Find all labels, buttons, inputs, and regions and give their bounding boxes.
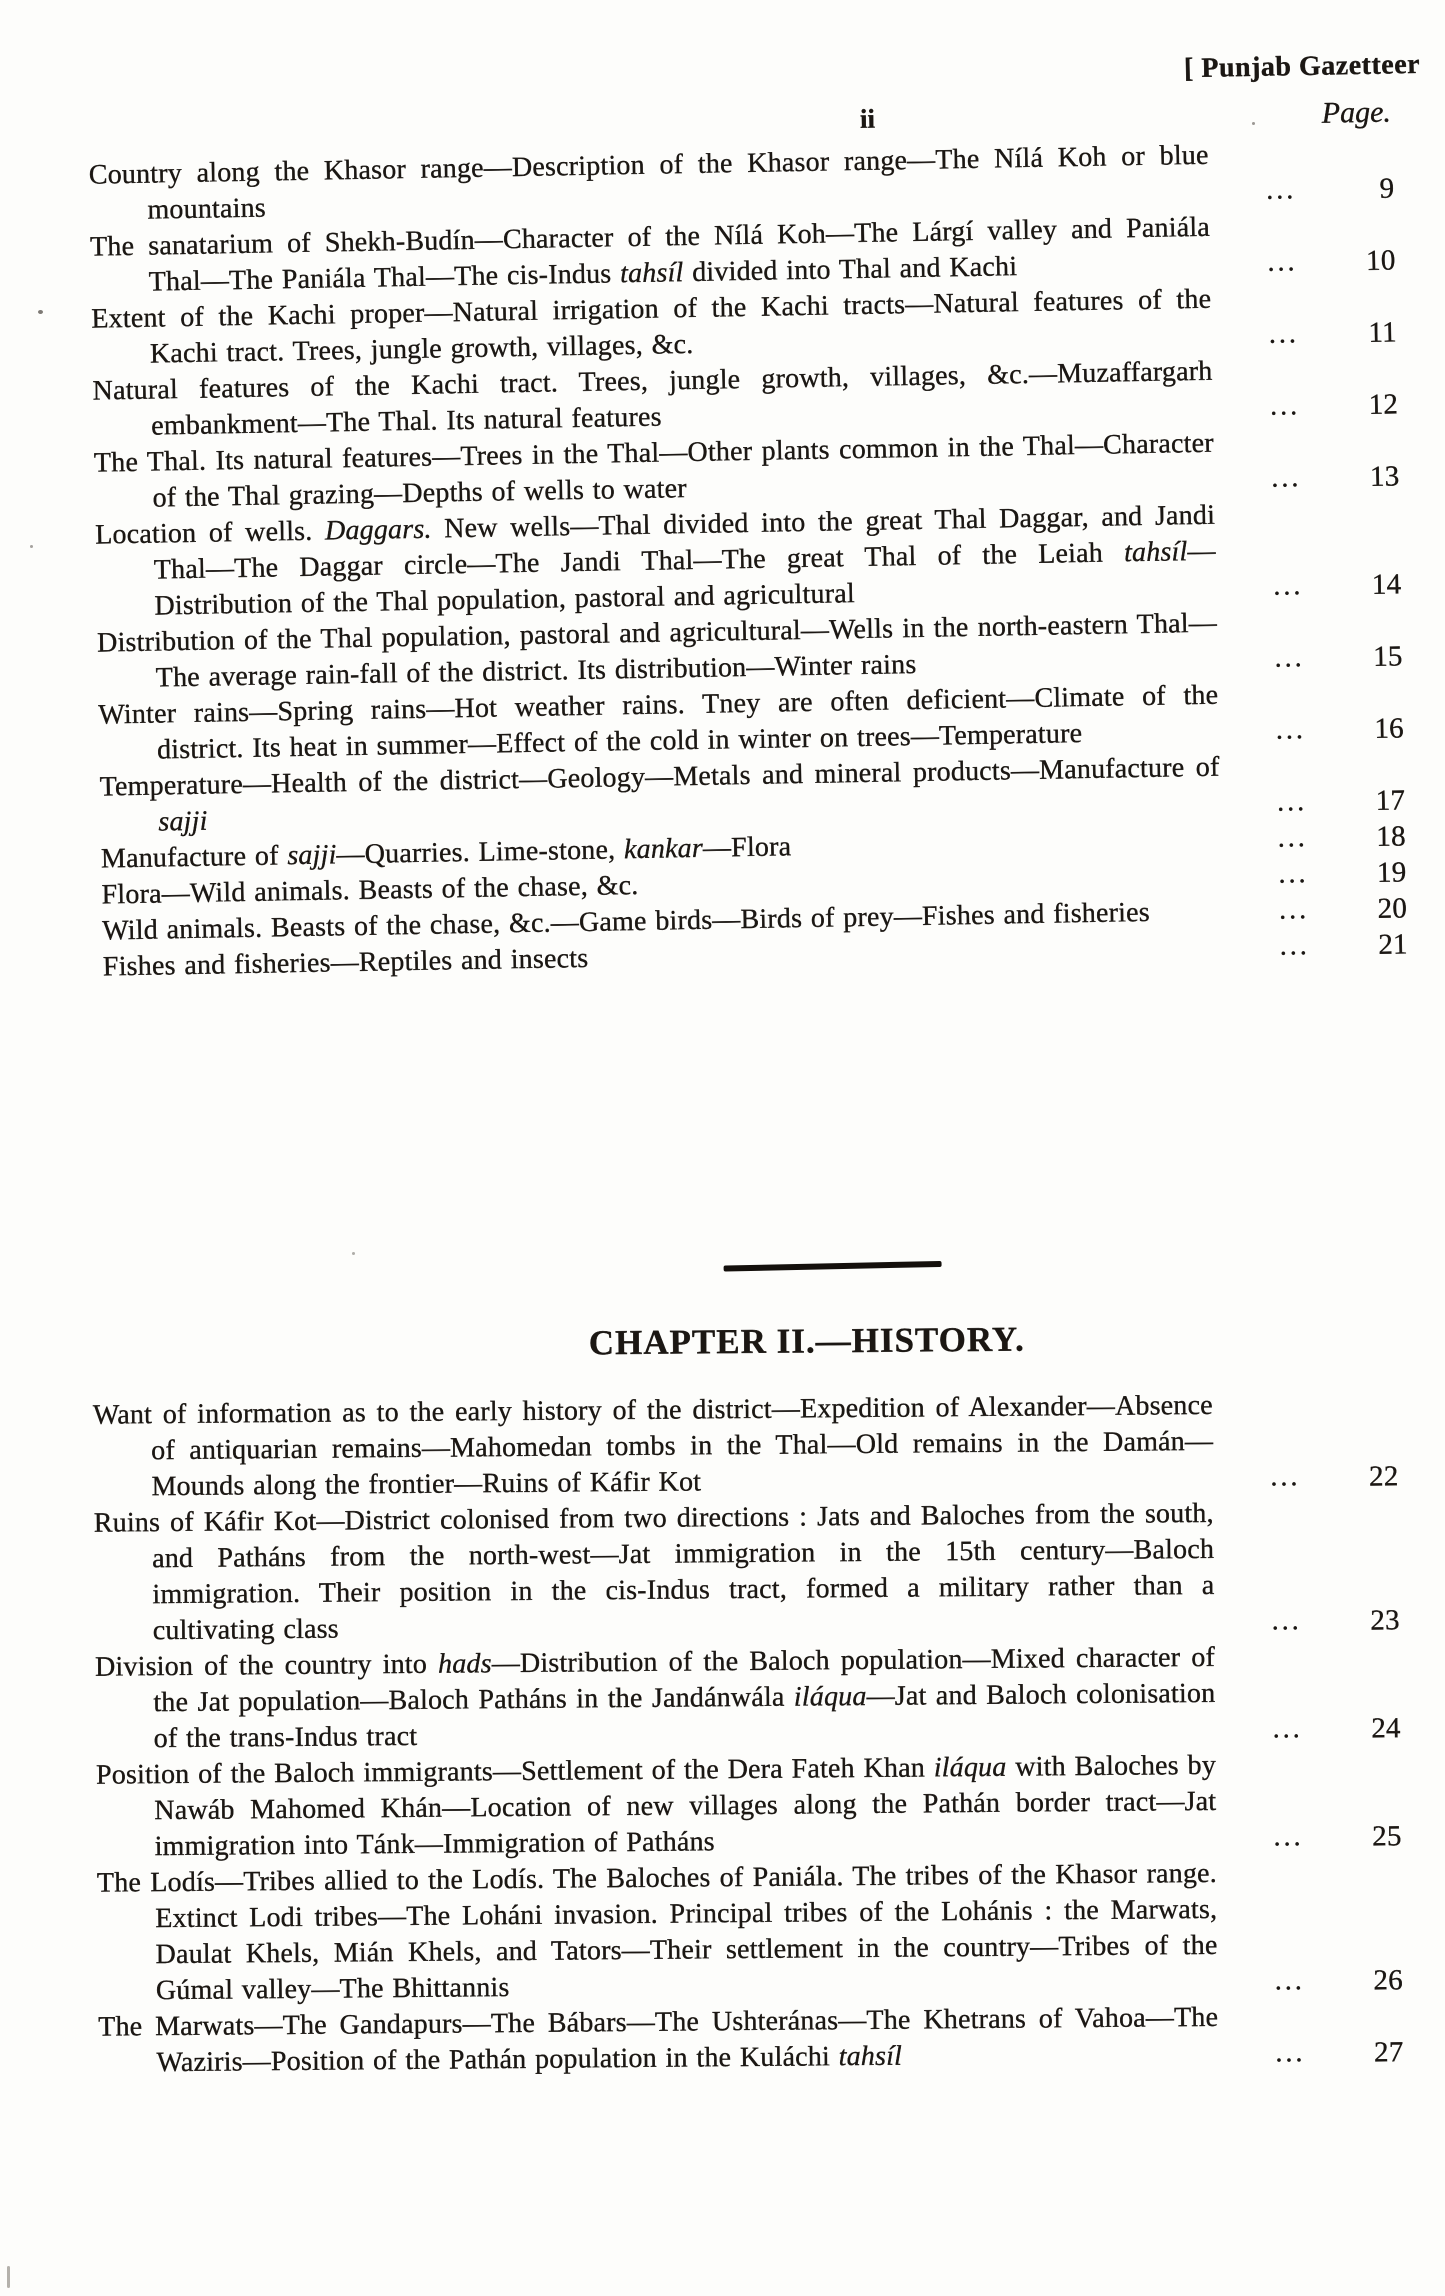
leader-dots: ... bbox=[1270, 388, 1301, 425]
chapter2-block: CHAPTER II.—HISTORY. Want of information… bbox=[91, 1232, 1403, 2081]
ink-speck bbox=[38, 310, 43, 314]
section-divider-rule bbox=[723, 1261, 941, 1272]
toc-part2: Want of information as to the early hist… bbox=[93, 1386, 1404, 2081]
toc-entry: The Marwats—The Gandapurs—The Bábars—The… bbox=[98, 1998, 1404, 2081]
toc-page-number: 9 bbox=[1324, 170, 1395, 207]
leader-dots: ... bbox=[1278, 856, 1309, 893]
toc-page-number: 23 bbox=[1330, 1602, 1400, 1639]
toc-entry-text: Location of wells. Daggars. New wells—Th… bbox=[95, 500, 1216, 622]
leader-dots: ... bbox=[1279, 892, 1310, 929]
leader-dots: ... bbox=[1267, 244, 1298, 281]
chapter-heading: CHAPTER II.—HISTORY. bbox=[154, 1314, 1445, 1369]
toc-page-number: 22 bbox=[1328, 1458, 1398, 1495]
toc-page-number: 11 bbox=[1326, 314, 1397, 351]
leader-dots: ... bbox=[1279, 928, 1310, 965]
toc-entry-text: Want of information as to the early hist… bbox=[93, 1390, 1214, 1502]
toc-page-number: 13 bbox=[1329, 458, 1400, 495]
toc-page-number: 10 bbox=[1325, 242, 1396, 279]
toc-entry: Division of the country into hads—Distri… bbox=[95, 1638, 1401, 1757]
leader-dots: ... bbox=[1270, 1459, 1300, 1495]
folio-page-number: ii bbox=[860, 104, 876, 135]
running-title: [ Punjab Gazetteer bbox=[87, 50, 1420, 104]
leader-dots: ... bbox=[1275, 1963, 1305, 1999]
toc-page-number: 20 bbox=[1337, 890, 1408, 927]
toc-entry-text: Position of the Baloch immigrants—Settle… bbox=[96, 1750, 1217, 1862]
leader-dots: ... bbox=[1275, 2035, 1305, 2071]
leader-dots: ... bbox=[1277, 784, 1308, 821]
toc-entry: The Lodís—Tribes allied to the Lodís. Th… bbox=[97, 1854, 1403, 2009]
toc-page-number: 19 bbox=[1336, 854, 1407, 891]
leader-dots: ... bbox=[1274, 640, 1305, 677]
leader-dots: ... bbox=[1273, 1819, 1303, 1855]
toc-page-number: 18 bbox=[1335, 818, 1406, 855]
toc-entry: Want of information as to the early hist… bbox=[93, 1386, 1399, 1505]
toc-page-number: 25 bbox=[1331, 1818, 1401, 1855]
toc-part1: Country along the Khasor range—Descripti… bbox=[88, 134, 1408, 985]
toc-entry-text: Fishes and fisheries—Reptiles and insect… bbox=[103, 943, 589, 983]
leader-dots: ... bbox=[1272, 1711, 1302, 1747]
toc-page-number: 15 bbox=[1332, 638, 1403, 675]
toc-page-number: 24 bbox=[1330, 1710, 1400, 1747]
leader-dots: ... bbox=[1268, 316, 1299, 353]
ink-speck bbox=[30, 545, 33, 548]
scan-edge-mark bbox=[7, 2266, 10, 2288]
toc-page-number: 12 bbox=[1328, 386, 1399, 423]
toc-page-number: 21 bbox=[1337, 926, 1408, 963]
toc-page-number: 17 bbox=[1335, 782, 1406, 819]
leader-dots: ... bbox=[1266, 172, 1297, 209]
toc-entry-text: The Lodís—Tribes allied to the Lodís. Th… bbox=[97, 1858, 1218, 2006]
leader-dots: ... bbox=[1276, 712, 1307, 749]
ink-speck bbox=[352, 1252, 355, 1255]
leader-dots: ... bbox=[1272, 1603, 1302, 1639]
toc-entry-text: Division of the country into hads—Distri… bbox=[95, 1642, 1216, 1754]
toc-page-number: 27 bbox=[1333, 2034, 1403, 2071]
leader-dots: ... bbox=[1271, 460, 1302, 497]
toc-entry-text: The Marwats—The Gandapurs—The Bábars—The… bbox=[98, 2002, 1218, 2078]
toc-page-number: 16 bbox=[1334, 710, 1405, 747]
ink-speck bbox=[1252, 122, 1255, 125]
leader-dots: ... bbox=[1277, 820, 1308, 857]
toc-entry: Position of the Baloch immigrants—Settle… bbox=[96, 1746, 1402, 1865]
toc-entry-text: Ruins of Káfir Kot—District colonised fr… bbox=[94, 1498, 1215, 1646]
toc-entry: Ruins of Káfir Kot—District colonised fr… bbox=[94, 1494, 1400, 1649]
toc-page-number: 26 bbox=[1333, 1962, 1403, 1999]
toc-page-number: 14 bbox=[1331, 566, 1402, 603]
leader-dots: ... bbox=[1273, 568, 1304, 605]
scanned-page: [ Punjab Gazetteer ii Page. Country alon… bbox=[0, 0, 1445, 2296]
contents-part1-block: [ Punjab Gazetteer ii Page. Country alon… bbox=[87, 50, 1408, 985]
